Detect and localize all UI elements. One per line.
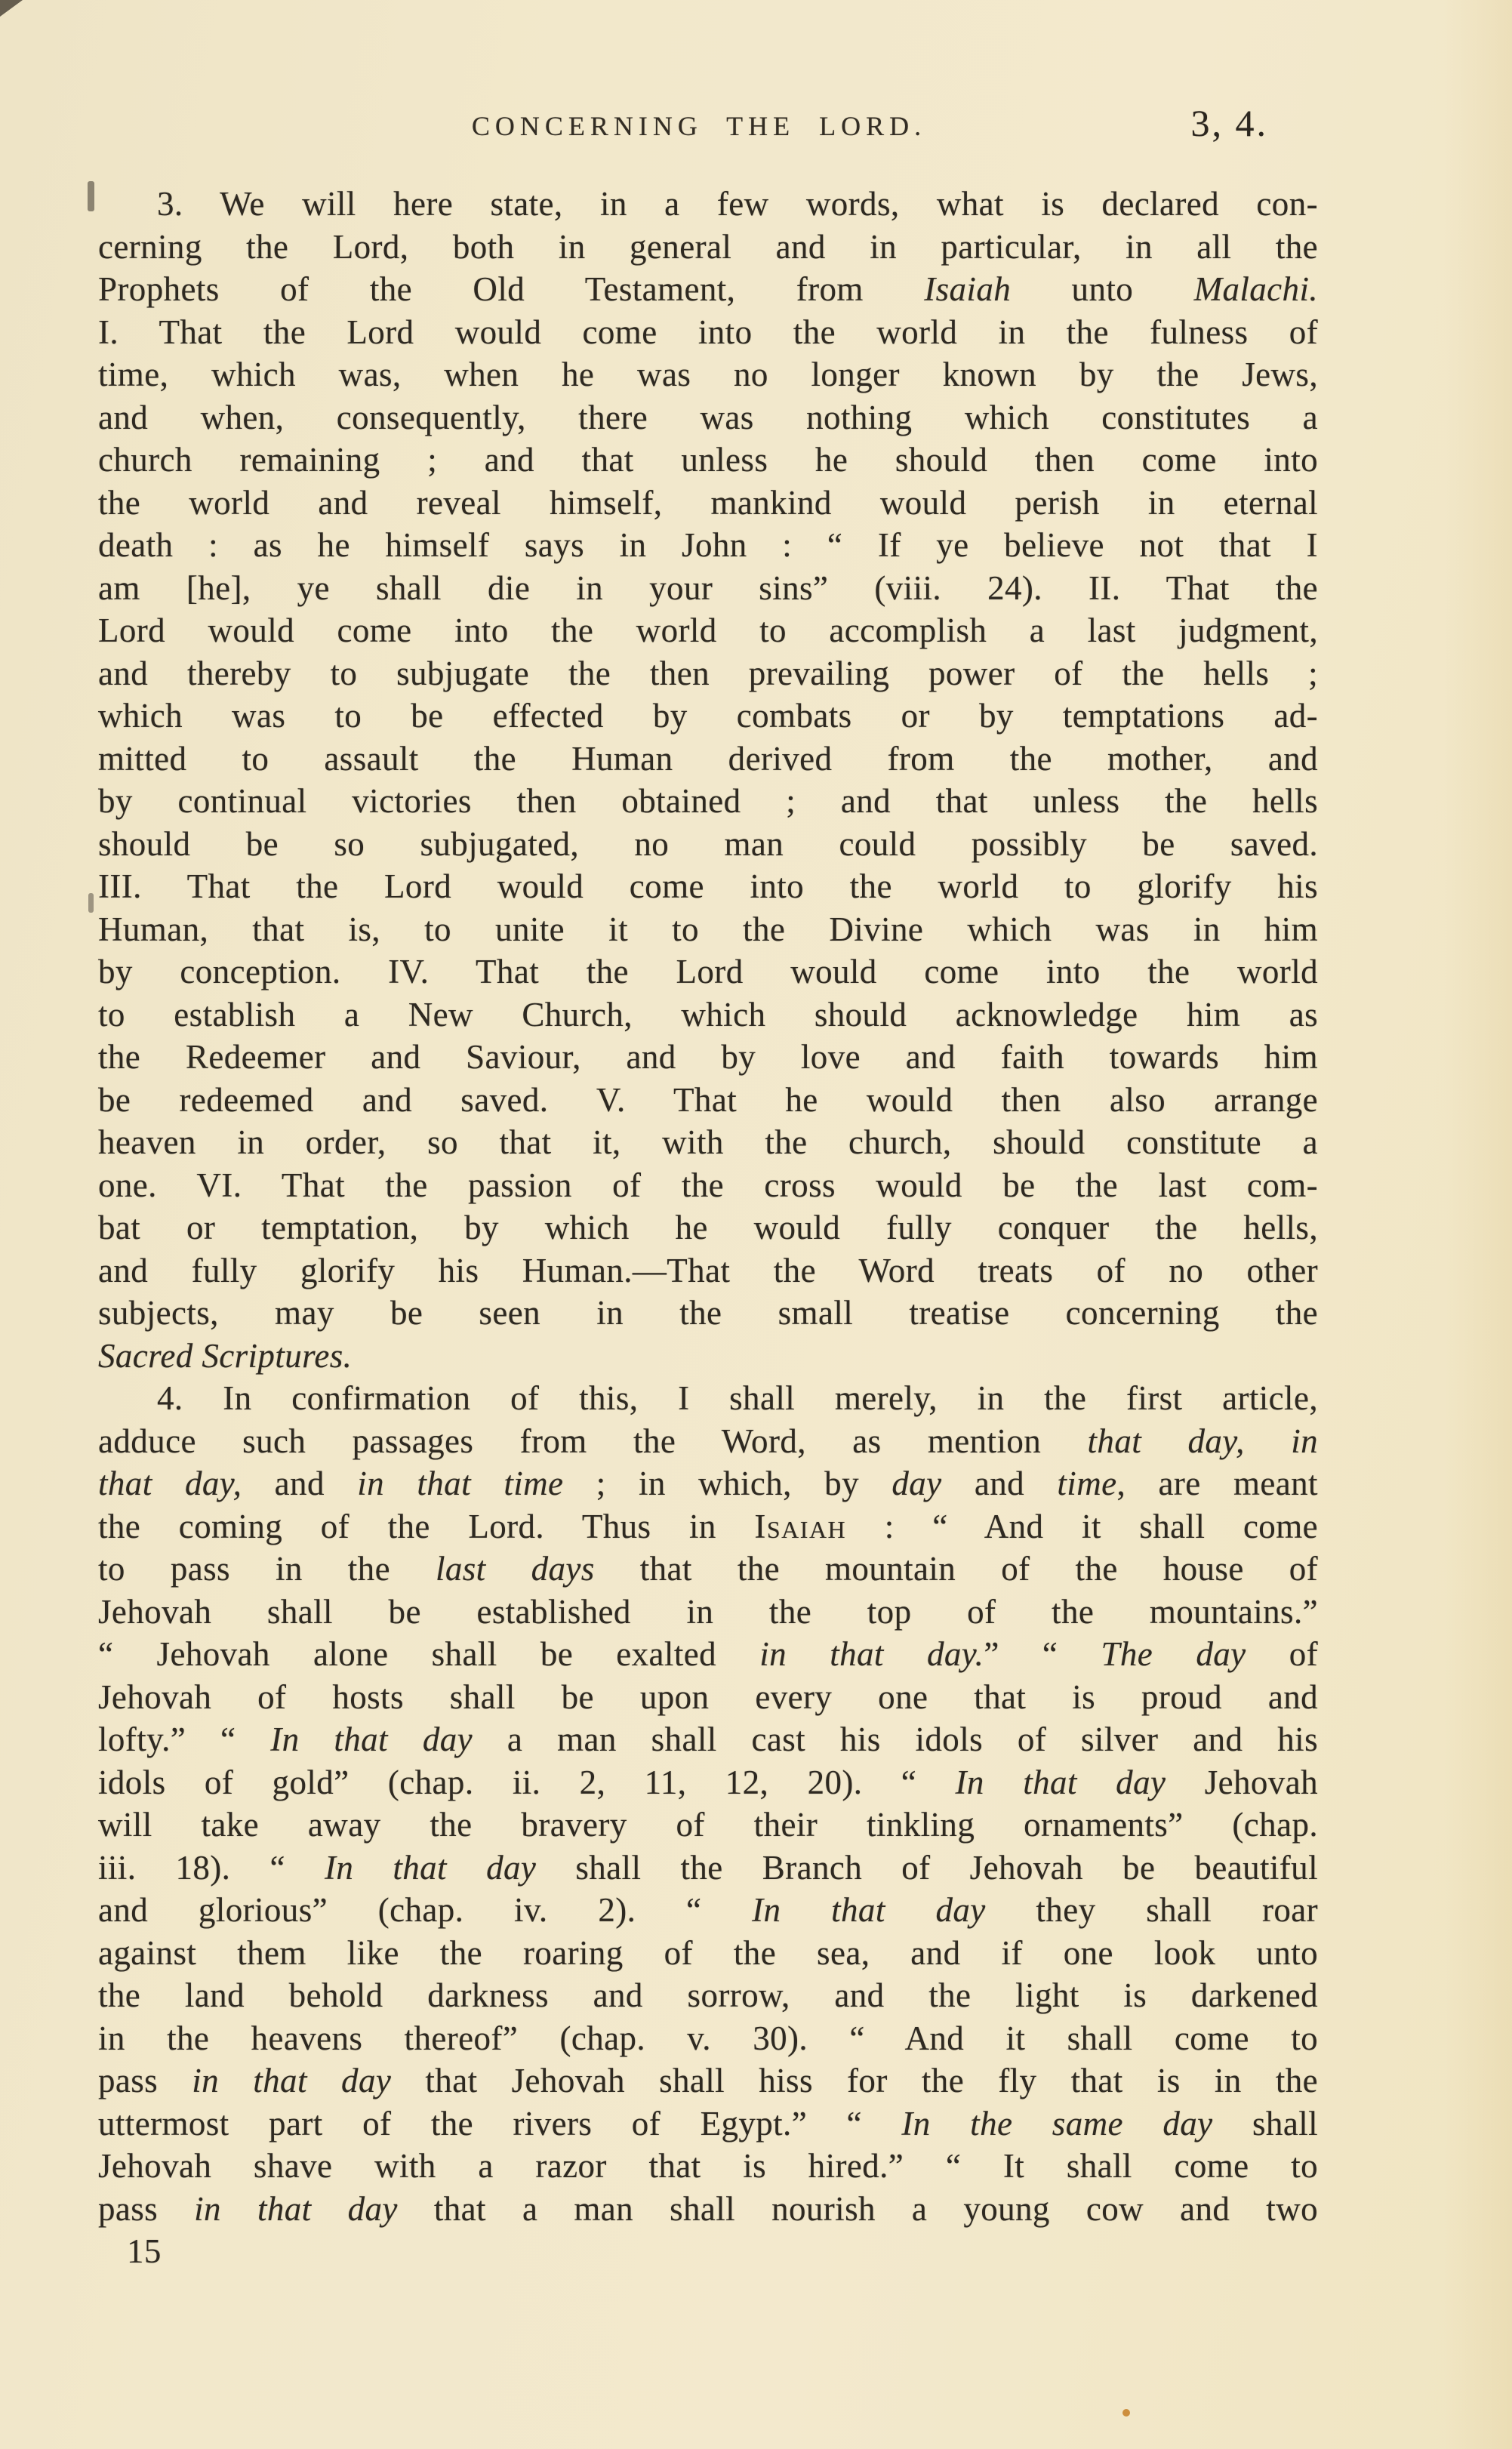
text-segment: church remaining ; and that unless he sh… [98, 441, 1318, 479]
text-segment: ” “ [984, 1635, 1101, 1673]
scan-speck [1122, 2409, 1130, 2417]
signature-mark: 15 [98, 2230, 1318, 2273]
text-line: uttermost part of the rivers of Egypt.” … [98, 2102, 1318, 2146]
text-segment: : “ And it shall come [846, 1508, 1318, 1545]
text-line: iii. 18). “ In that day shall the Branch… [98, 1847, 1318, 1890]
text-segment: death : as he himself says in John : “ I… [98, 526, 1318, 564]
text-line: the land behold darkness and sorrow, and… [98, 1974, 1318, 2017]
text-segment: In that day [270, 1720, 473, 1758]
text-line: and glorious” (chap. iv. 2). “ In that d… [98, 1889, 1318, 1932]
text-segment: and thereby to subjugate the then prevai… [98, 655, 1318, 692]
scan-speck [88, 893, 94, 913]
text-segment: by conception. IV. That the Lord would c… [98, 953, 1318, 990]
page-edge-shading [1444, 0, 1512, 2449]
text-segment: iii. 18). “ [98, 1849, 325, 1887]
text-segment: shall the Branch of Jehovah be beautiful [536, 1849, 1318, 1887]
text-segment: Jehovah of hosts shall be upon every one… [98, 1678, 1318, 1716]
text-line: time, which was, when he was no longer k… [98, 353, 1318, 396]
text-line: to establish a New Church, which should … [98, 993, 1318, 1037]
text-segment: one. VI. That the passion of the cross w… [98, 1166, 1318, 1204]
text-segment: Jehovah shave with a razor that is hired… [98, 2147, 1318, 2185]
text-line: Human, that is, to unite it to the Divin… [98, 908, 1318, 951]
text-line: lofty.” “ In that day a man shall cast h… [98, 1718, 1318, 1761]
text-segment: Jehovah shall be established in the top … [98, 1593, 1318, 1631]
text-segment: In that day [325, 1849, 536, 1887]
text-line: and fully glorify his Human.—That the Wo… [98, 1249, 1318, 1292]
running-title: CONCERNING THE LORD. [89, 110, 1309, 142]
text-line: pass in that day that a man shall nouris… [98, 2188, 1318, 2231]
text-segment: , are meant [1116, 1465, 1317, 1502]
text-line: one. VI. That the passion of the cross w… [98, 1164, 1318, 1207]
text-line: cerning the Lord, both in general and in… [98, 226, 1318, 269]
text-line: mitted to assault the Human derived from… [98, 738, 1318, 781]
text-segment: that day, [98, 1465, 242, 1502]
text-line: bat or temptation, by which he would ful… [98, 1206, 1318, 1249]
text-segment: am [he], ye shall die in your sins” (vii… [98, 569, 1318, 607]
text-segment: Isaiah [924, 270, 1011, 308]
text-segment: uttermost part of the rivers of Egypt.” … [98, 2105, 901, 2142]
text-segment: last days [436, 1550, 595, 1588]
text-line: which was to be effected by combats or b… [98, 695, 1318, 738]
text-segment: In the same day [901, 2105, 1212, 2142]
text-line: Prophets of the Old Testament, from Isai… [98, 268, 1318, 311]
text-line: church remaining ; and that unless he sh… [98, 439, 1318, 482]
text-line: am [he], ye shall die in your sins” (vii… [98, 567, 1318, 610]
text-line: idols of gold” (chap. ii. 2, 11, 12, 20)… [98, 1761, 1318, 1804]
text-segment: be redeemed and saved. V. That he would … [98, 1081, 1318, 1119]
text-segment: subjects, may be seen in the small treat… [98, 1294, 1318, 1332]
text-segment: the land behold darkness and sorrow, and… [98, 1976, 1318, 2014]
text-segment: that day, in [1088, 1422, 1318, 1460]
text-segment: Prophets of the Old Testament, from [98, 270, 924, 308]
text-line: death : as he himself says in John : “ I… [98, 524, 1318, 567]
text-segment: Lord would come into the world to accomp… [98, 611, 1318, 649]
text-line: Sacred Scriptures. [98, 1335, 1318, 1378]
text-segment: to pass in the [98, 1550, 436, 1588]
text-segment: which was to be effected by combats or b… [98, 697, 1318, 735]
text-segment: should be so subjugated, no man could po… [98, 825, 1318, 863]
text-segment: Malachi. [1194, 270, 1318, 308]
text-segment: against them like the roaring of the sea… [98, 1934, 1318, 1972]
text-block: 3. We will here state, in a few words, w… [98, 183, 1318, 2273]
text-segment: Human, that is, to unite it to the Divin… [98, 910, 1318, 948]
text-segment: that the mountain of the house of [595, 1550, 1318, 1588]
text-segment: In that day [956, 1764, 1166, 1801]
text-line: “ Jehovah alone shall be exalted in that… [98, 1633, 1318, 1676]
text-segment: adduce such passages from the Word, as m… [98, 1422, 1088, 1460]
text-segment: a man shall cast his idols of silver and… [473, 1720, 1318, 1758]
text-segment: and when, consequently, there was nothin… [98, 399, 1318, 436]
text-segment: by continual victories then obtained ; a… [98, 782, 1318, 820]
text-line: and thereby to subjugate the then prevai… [98, 652, 1318, 695]
text-segment: Isaiah [754, 1508, 846, 1545]
text-segment: unto [1011, 270, 1193, 308]
text-line: the Redeemer and Saviour, and by love an… [98, 1036, 1318, 1079]
text-segment: and glorious” (chap. iv. 2). “ [98, 1891, 752, 1929]
text-line: I. That the Lord would come into the wor… [98, 311, 1318, 354]
scan-speck [88, 181, 94, 211]
text-line: heaven in order, so that it, with the ch… [98, 1121, 1318, 1164]
text-segment: will take away the bravery of their tink… [98, 1806, 1318, 1844]
text-segment: and [242, 1465, 357, 1502]
text-segment: in that time [357, 1465, 563, 1502]
text-line: adduce such passages from the Word, as m… [98, 1420, 1318, 1463]
text-line: subjects, may be seen in the small treat… [98, 1292, 1318, 1335]
text-line: pass in that day that Jehovah shall hiss… [98, 2059, 1318, 2102]
text-segment: The day [1101, 1635, 1246, 1673]
text-segment: pass [98, 2062, 192, 2099]
text-segment: in that day [194, 2190, 398, 2228]
text-line: to pass in the last days that the mounta… [98, 1548, 1318, 1591]
text-segment: time [1057, 1465, 1116, 1502]
text-segment: ; in which, by [563, 1465, 891, 1502]
text-line: the world and reveal himself, mankind wo… [98, 482, 1318, 525]
text-segment: Sacred Scriptures. [98, 1337, 352, 1375]
text-line: Jehovah shave with a razor that is hired… [98, 2145, 1318, 2188]
text-line: against them like the roaring of the sea… [98, 1932, 1318, 1975]
text-segment: of [1246, 1635, 1318, 1673]
text-segment: in the heavens thereof” (chap. v. 30). “… [98, 2019, 1318, 2057]
text-segment: Jehovah [1166, 1764, 1318, 1801]
text-line: that day, and in that time ; in which, b… [98, 1462, 1318, 1505]
text-segment: in that day [192, 2062, 391, 2099]
section-number: 3, 4. [1191, 101, 1269, 145]
text-segment: bat or temptation, by which he would ful… [98, 1209, 1318, 1246]
text-segment: 4. In confirmation of this, I shall mere… [157, 1379, 1318, 1417]
text-segment: heaven in order, so that it, with the ch… [98, 1123, 1318, 1161]
text-segment: and fully glorify his Human.—That the Wo… [98, 1252, 1318, 1289]
scan-corner-artifact [0, 0, 23, 17]
scanned-book-page: { "header": { "running_title": "CONCERNI… [0, 0, 1512, 2449]
text-line: in the heavens thereof” (chap. v. 30). “… [98, 2017, 1318, 2060]
text-line: should be so subjugated, no man could po… [98, 823, 1318, 866]
text-line: by continual victories then obtained ; a… [98, 780, 1318, 823]
text-line: and when, consequently, there was nothin… [98, 396, 1318, 439]
text-segment: I. That the Lord would come into the wor… [98, 313, 1318, 351]
text-line: 4. In confirmation of this, I shall mere… [98, 1377, 1318, 1420]
text-segment: day [891, 1465, 941, 1502]
text-line: Lord would come into the world to accomp… [98, 609, 1318, 652]
text-segment: they shall roar [986, 1891, 1318, 1929]
text-segment: the coming of the Lord. Thus in [98, 1508, 754, 1545]
text-segment: that a man shall nourish a young cow and… [398, 2190, 1318, 2228]
text-segment: time, which was, when he was no longer k… [98, 356, 1318, 393]
text-segment: and [942, 1465, 1058, 1502]
text-segment: to establish a New Church, which should … [98, 996, 1318, 1034]
text-segment: III. That the Lord would come into the w… [98, 867, 1318, 905]
text-line: by conception. IV. That the Lord would c… [98, 950, 1318, 993]
text-line: Jehovah shall be established in the top … [98, 1591, 1318, 1634]
text-segment: that Jehovah shall hiss for the fly that… [391, 2062, 1318, 2099]
text-segment: idols of gold” (chap. ii. 2, 11, 12, 20)… [98, 1764, 956, 1801]
text-line: 3. We will here state, in a few words, w… [98, 183, 1318, 226]
text-segment: shall [1213, 2105, 1318, 2142]
text-segment: mitted to assault the Human derived from… [98, 740, 1318, 778]
paper-background: CONCERNING THE LORD. 3, 4. 3. We will he… [0, 0, 1512, 2449]
text-segment: the Redeemer and Saviour, and by love an… [98, 1038, 1318, 1076]
text-segment: the world and reveal himself, mankind wo… [98, 484, 1318, 522]
text-segment: 15 [127, 2232, 162, 2270]
text-segment: 3. We will here state, in a few words, w… [157, 185, 1318, 223]
text-segment: lofty.” “ [98, 1720, 270, 1758]
text-segment: cerning the Lord, both in general and in… [98, 228, 1318, 266]
text-segment: pass [98, 2190, 194, 2228]
text-segment: in that day. [759, 1635, 984, 1673]
text-line: will take away the bravery of their tink… [98, 1804, 1318, 1847]
text-line: Jehovah of hosts shall be upon every one… [98, 1676, 1318, 1719]
page-header: CONCERNING THE LORD. 3, 4. [98, 109, 1318, 154]
text-line: be redeemed and saved. V. That he would … [98, 1079, 1318, 1122]
text-segment: In that day [752, 1891, 986, 1929]
text-segment: “ Jehovah alone shall be exalted [98, 1635, 759, 1673]
text-line: the coming of the Lord. Thus in Isaiah :… [98, 1505, 1318, 1548]
text-line: III. That the Lord would come into the w… [98, 865, 1318, 908]
